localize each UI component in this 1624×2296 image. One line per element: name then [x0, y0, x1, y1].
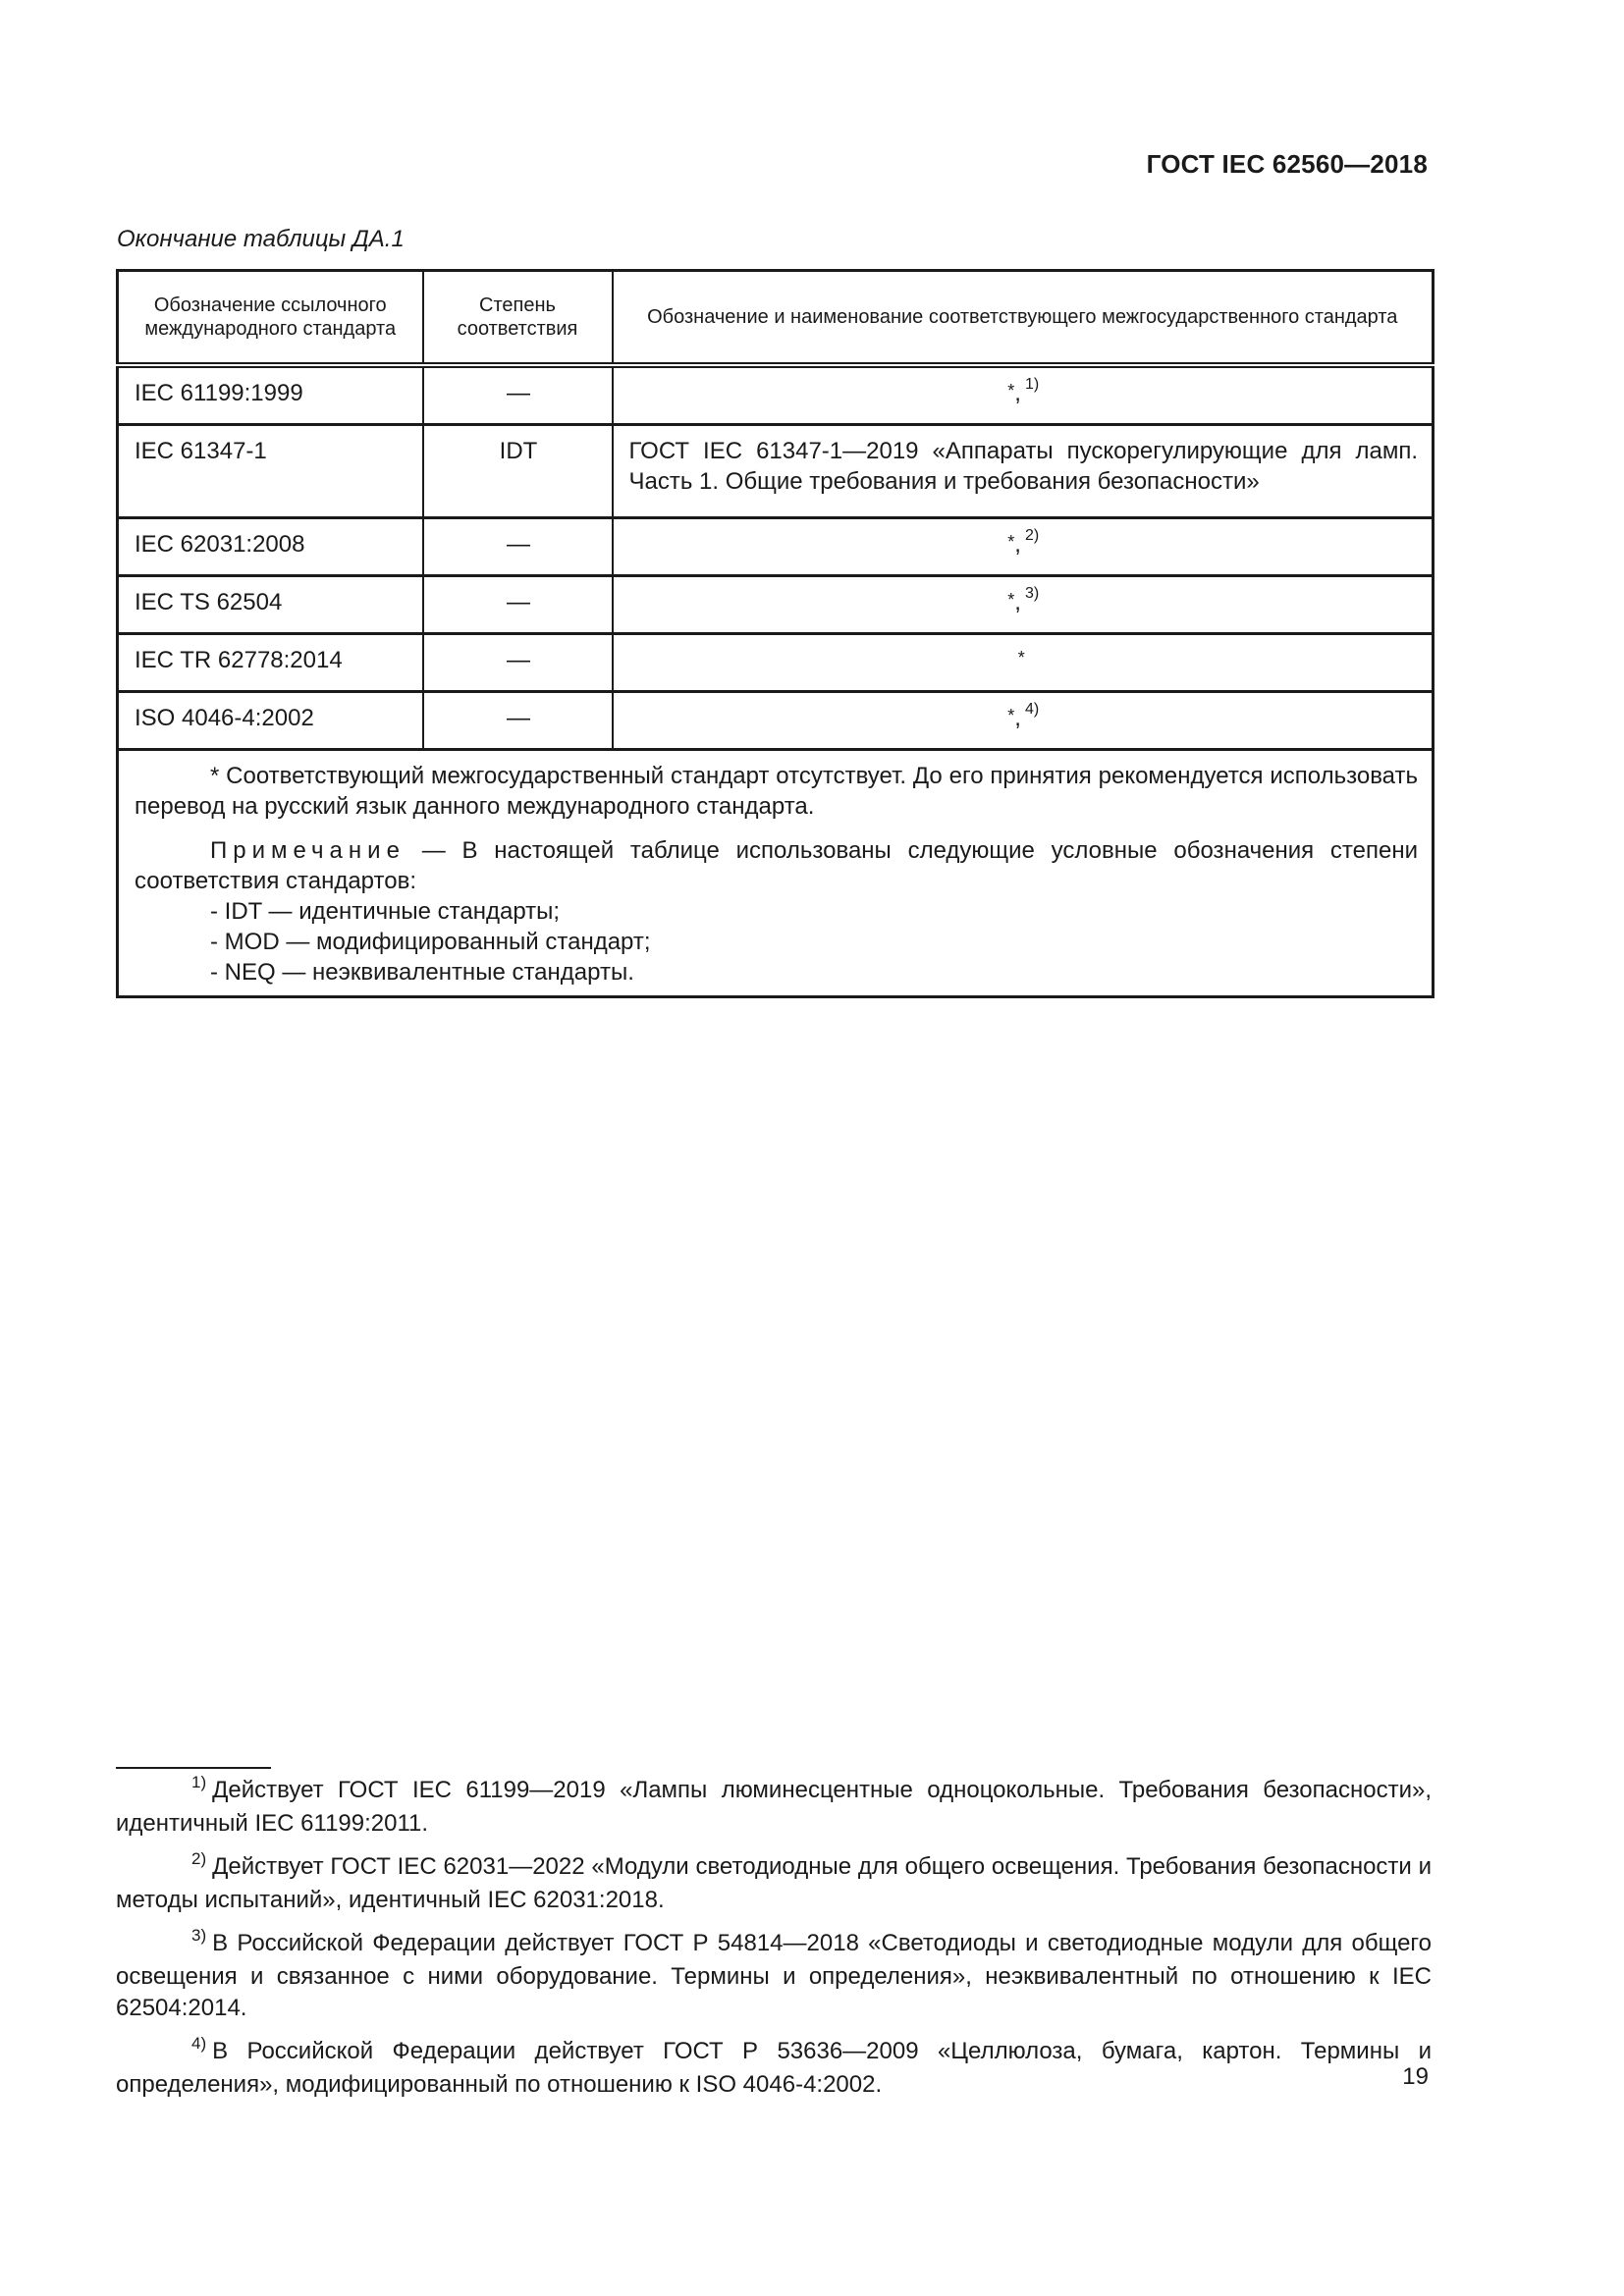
document-code: ГОСТ IEC 62560—2018 [1147, 149, 1428, 180]
separator-comma: , [1014, 380, 1021, 406]
reference-standards-table: Обозначение ссылочного международного ст… [116, 269, 1435, 998]
cell-degree: — [423, 518, 613, 576]
note-item-neq: - NEQ — неэквивалентные стандарты. [135, 957, 1418, 988]
footnote-text: Действует ГОСТ IEC 61199—2019 «Лампы люм… [116, 1777, 1432, 1837]
footnote: 3)В Российской Федерации действует ГОСТ … [116, 1928, 1432, 2024]
footnote: 1)Действует ГОСТ IEC 61199—2019 «Лампы л… [116, 1775, 1432, 1840]
asterisk-note: * Соответствующий межгосударственный ста… [135, 761, 1418, 822]
footnote-reference[interactable]: 3) [1025, 585, 1039, 602]
column-header-degree: Степень соответствия [423, 271, 613, 366]
table-header-row: Обозначение ссылочного международного ст… [118, 271, 1434, 366]
table-row: ISO 4046-4:2002—*,4) [118, 692, 1434, 750]
cell-reference: IEC 62031:2008 [118, 518, 423, 576]
column-header-reference: Обозначение ссылочного международного ст… [118, 271, 423, 366]
table-row: IEC TS 62504—*,3) [118, 576, 1434, 634]
asterisk-mark: * [1007, 532, 1014, 552]
footnotes: 1)Действует ГОСТ IEC 61199—2019 «Лампы л… [116, 1775, 1432, 2112]
asterisk-mark: * [1007, 381, 1014, 400]
column-header-standard: Обозначение и наименование соответствующ… [613, 271, 1434, 366]
cell-standard: *,3) [613, 576, 1434, 634]
cell-reference: IEC 61347-1 [118, 425, 423, 518]
cell-standard: *,4) [613, 692, 1434, 750]
footnote-reference[interactable]: 2) [1025, 527, 1039, 544]
table-caption: Окончание таблицы ДА.1 [117, 226, 405, 253]
table-row: IEC 61199:1999—*,1) [118, 365, 1434, 425]
cell-degree: — [423, 365, 613, 425]
footnote: 2)Действует ГОСТ IEC 62031—2022 «Модули … [116, 1851, 1432, 1916]
note-item-mod: - MOD — модифицированный стандарт; [135, 927, 1418, 957]
cell-reference: ISO 4046-4:2002 [118, 692, 423, 750]
note-paragraph: Примечание — В настоящей таблице использ… [135, 835, 1418, 896]
separator-comma: , [1014, 531, 1021, 558]
footnote-mark: 3) [191, 1926, 206, 1945]
cell-reference: IEC 61199:1999 [118, 365, 423, 425]
cell-reference: IEC TR 62778:2014 [118, 634, 423, 692]
table-notes-row: * Соответствующий межгосударственный ста… [118, 750, 1434, 997]
footnote-text: В Российской Федерации действует ГОСТ Р … [116, 2038, 1432, 2098]
asterisk-mark: * [1018, 648, 1025, 667]
cell-standard: ГОСТ IEC 61347-1—2019 «Аппараты пускорег… [613, 425, 1434, 518]
footnote-text: Действует ГОСТ IEC 62031—2022 «Модули св… [116, 1853, 1432, 1913]
table-notes: * Соответствующий межгосударственный ста… [118, 750, 1434, 997]
cell-degree: — [423, 634, 613, 692]
footnote-reference[interactable]: 1) [1025, 376, 1039, 393]
cell-reference: IEC TS 62504 [118, 576, 423, 634]
cell-degree: — [423, 692, 613, 750]
note-item-idt: - IDT — идентичные стандарты; [135, 896, 1418, 927]
table-row: IEC 61347-1IDTГОСТ IEC 61347-1—2019 «Апп… [118, 425, 1434, 518]
separator-comma: , [1014, 589, 1021, 615]
table-row: IEC 62031:2008—*,2) [118, 518, 1434, 576]
cell-standard: * [613, 634, 1434, 692]
footnote-mark: 1) [191, 1773, 206, 1791]
separator-comma: , [1014, 705, 1021, 731]
table-row: IEC TR 62778:2014—* [118, 634, 1434, 692]
footnote-mark: 2) [191, 1849, 206, 1868]
note-label: Примечание [210, 837, 406, 864]
footnote-text: В Российской Федерации действует ГОСТ Р … [116, 1930, 1432, 2021]
footnote-mark: 4) [191, 2034, 206, 2053]
page-number: 19 [1402, 2063, 1429, 2091]
asterisk-mark: * [1007, 706, 1014, 725]
footnote-separator [116, 1767, 271, 1769]
cell-standard: *,1) [613, 365, 1434, 425]
footnote-reference[interactable]: 4) [1025, 701, 1039, 718]
asterisk-mark: * [1007, 590, 1014, 610]
cell-degree: IDT [423, 425, 613, 518]
cell-standard: *,2) [613, 518, 1434, 576]
cell-degree: — [423, 576, 613, 634]
footnote: 4)В Российской Федерации действует ГОСТ … [116, 2036, 1432, 2101]
